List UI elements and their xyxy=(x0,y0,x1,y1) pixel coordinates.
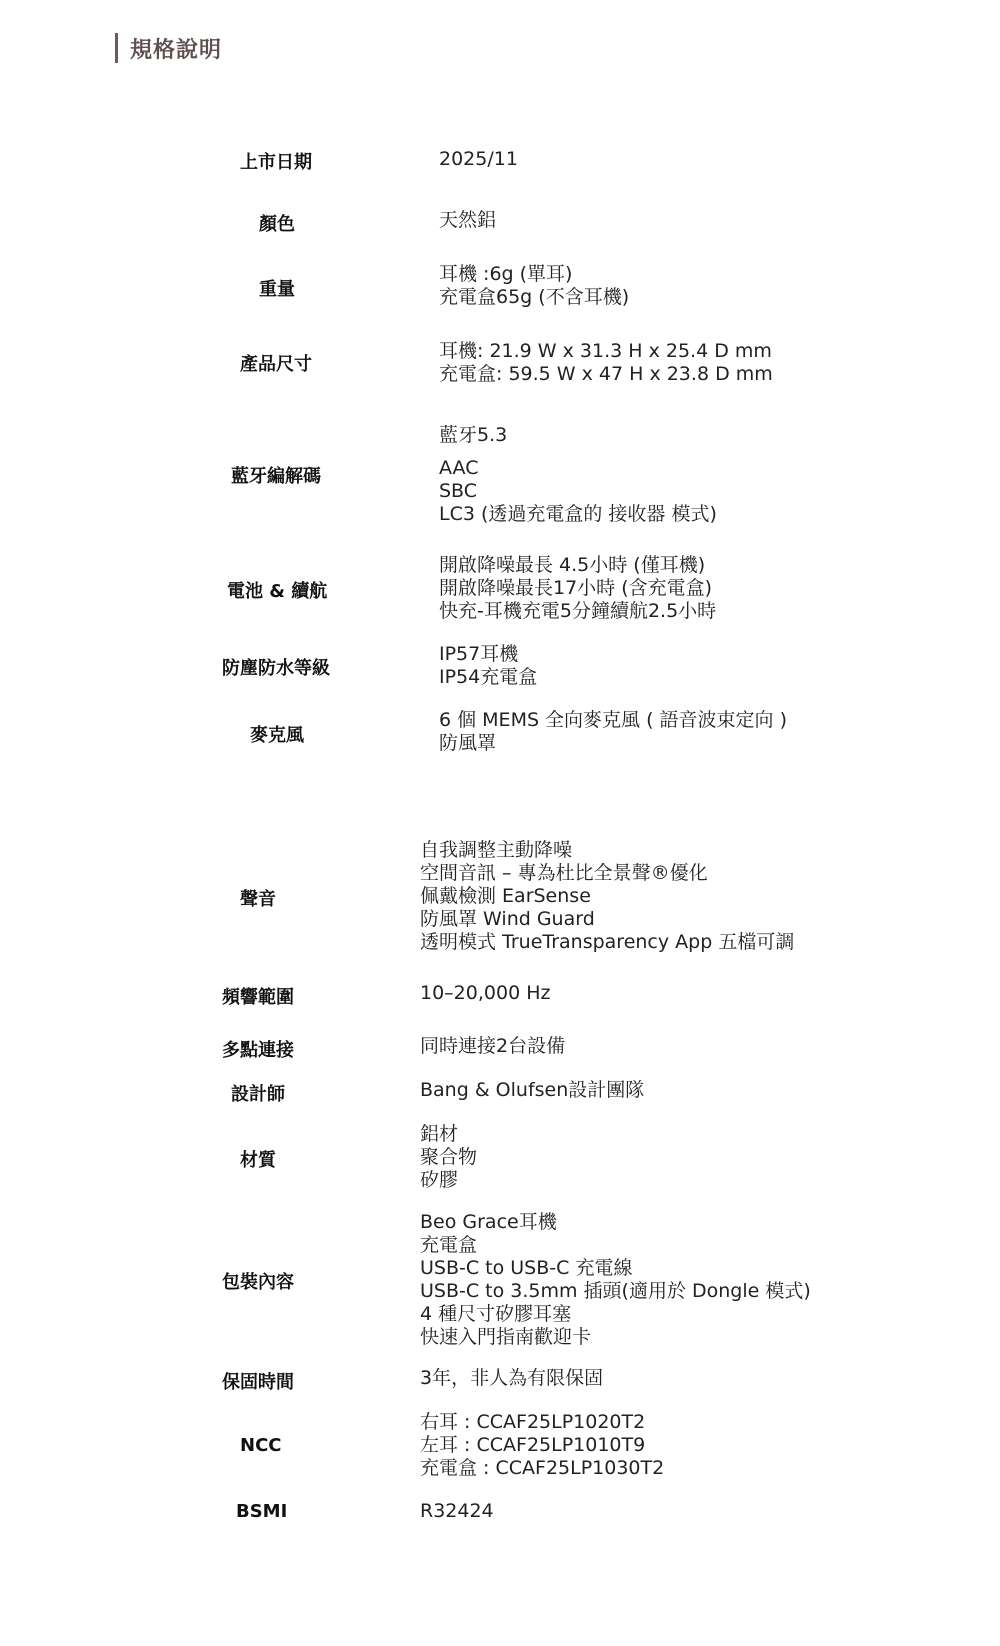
spec-value-dimensions: 耳機: 21.9 W x 31.3 H x 25.4 D mm 充電盒: 59.… xyxy=(439,340,773,386)
spec-value-bluetooth-version: 藍牙5.3 xyxy=(439,424,507,447)
spec-value-weight: 耳機 :6g (單耳) 充電盒65g (不含耳機) xyxy=(439,263,629,309)
section-title-text: 規格說明 xyxy=(130,33,222,64)
spec-label-bluetooth-codec: 藍牙編解碼 xyxy=(231,462,321,488)
spec-value-line: 左耳 : CCAF25LP1010T9 xyxy=(420,1434,664,1457)
spec-value-line: SBC xyxy=(439,480,717,503)
spec-value-line: LC3 (透過充電盒的 接收器 模式) xyxy=(439,503,717,526)
spec-value-line: 防風罩 xyxy=(439,732,787,755)
spec-label-weight: 重量 xyxy=(259,275,295,301)
spec-value-frequency-response: 10–20,000 Hz xyxy=(420,982,550,1005)
spec-label-dimensions: 產品尺寸 xyxy=(240,350,312,376)
spec-value-line: 充電盒 xyxy=(420,1234,811,1257)
spec-value-line: AAC xyxy=(439,457,717,480)
spec-value-material: 鋁材 聚合物 矽膠 xyxy=(420,1123,477,1192)
spec-value-line: 開啟降噪最長17小時 (含充電盒) xyxy=(439,577,716,600)
spec-value-battery: 開啟降噪最長 4.5小時 (僅耳機) 開啟降噪最長17小時 (含充電盒) 快充-… xyxy=(439,554,716,623)
spec-label-ip-rating: 防塵防水等級 xyxy=(222,654,330,680)
spec-value-line: 聚合物 xyxy=(420,1146,477,1169)
spec-value-line: 同時連接2台設備 xyxy=(420,1035,565,1058)
spec-value-line: 快充-耳機充電5分鐘續航2.5小時 xyxy=(439,600,716,623)
spec-value-line: 矽膠 xyxy=(420,1169,477,1192)
spec-value-line: 充電盒65g (不含耳機) xyxy=(439,286,629,309)
spec-value-line: 透明模式 TrueTransparency App 五檔可調 xyxy=(420,931,794,954)
spec-value-line: 10–20,000 Hz xyxy=(420,982,550,1005)
spec-value-line: 充電盒: 59.5 W x 47 H x 23.8 D mm xyxy=(439,363,773,386)
spec-label-package-contents: 包裝內容 xyxy=(222,1268,294,1294)
spec-value-ncc: 右耳 : CCAF25LP1020T2 左耳 : CCAF25LP1010T9 … xyxy=(420,1411,664,1480)
spec-value-bluetooth-codec: AAC SBC LC3 (透過充電盒的 接收器 模式) xyxy=(439,457,717,526)
spec-label-designer: 設計師 xyxy=(231,1080,285,1106)
spec-value-line: 6 個 MEMS 全向麥克風 ( 語音波束定向 ) xyxy=(439,709,787,732)
spec-value-package-contents: Beo Grace耳機 充電盒 USB-C to USB-C 充電線 USB-C… xyxy=(420,1211,811,1349)
spec-label-microphone: 麥克風 xyxy=(250,721,304,747)
spec-label-release-date: 上市日期 xyxy=(240,148,312,174)
spec-value-line: R32424 xyxy=(420,1500,494,1523)
spec-label-material: 材質 xyxy=(240,1146,276,1172)
spec-label-multipoint: 多點連接 xyxy=(222,1036,294,1062)
spec-value-microphone: 6 個 MEMS 全向麥克風 ( 語音波束定向 ) 防風罩 xyxy=(439,709,787,755)
spec-value-line: 3年，非人為有限保固 xyxy=(420,1367,603,1390)
spec-value-line: 充電盒 : CCAF25LP1030T2 xyxy=(420,1457,664,1480)
spec-value-line: 4 種尺寸矽膠耳塞 xyxy=(420,1303,811,1326)
spec-value-bsmi: R32424 xyxy=(420,1500,494,1523)
spec-value-color: 天然鋁 xyxy=(439,209,496,232)
spec-label-warranty: 保固時間 xyxy=(222,1368,294,1394)
spec-value-line: 天然鋁 xyxy=(439,209,496,232)
spec-value-line: USB-C to USB-C 充電線 xyxy=(420,1257,811,1280)
spec-value-line: IP57耳機 xyxy=(439,643,537,666)
spec-label-ncc: NCC xyxy=(240,1435,281,1456)
spec-value-line: 開啟降噪最長 4.5小時 (僅耳機) xyxy=(439,554,716,577)
spec-label-sound: 聲音 xyxy=(240,885,276,911)
spec-value-sound: 自我調整主動降噪 空間音訊 – 專為杜比全景聲®優化 佩戴檢測 EarSense… xyxy=(420,839,794,954)
spec-value-line: 自我調整主動降噪 xyxy=(420,839,794,862)
spec-value-line: USB-C to 3.5mm 插頭(適用於 Dongle 模式) xyxy=(420,1280,811,1303)
spec-value-ip-rating: IP57耳機 IP54充電盒 xyxy=(439,643,537,689)
spec-value-line: 耳機 :6g (單耳) xyxy=(439,263,629,286)
title-accent-bar xyxy=(115,33,118,63)
spec-value-line: 快速入門指南歡迎卡 xyxy=(420,1326,811,1349)
spec-value-multipoint: 同時連接2台設備 xyxy=(420,1035,565,1058)
spec-value-line: 2025/11 xyxy=(439,148,518,171)
spec-value-line: 耳機: 21.9 W x 31.3 H x 25.4 D mm xyxy=(439,340,773,363)
section-title: 規格說明 xyxy=(115,32,222,64)
spec-value-line: IP54充電盒 xyxy=(439,666,537,689)
spec-value-designer: Bang & Olufsen設計團隊 xyxy=(420,1079,644,1102)
spec-value-warranty: 3年，非人為有限保固 xyxy=(420,1367,603,1390)
spec-value-line: 佩戴檢測 EarSense xyxy=(420,885,794,908)
spec-label-color: 顏色 xyxy=(259,210,295,236)
spec-value-line: 藍牙5.3 xyxy=(439,424,507,447)
spec-value-line: 防風罩 Wind Guard xyxy=(420,908,794,931)
spec-value-line: 右耳 : CCAF25LP1020T2 xyxy=(420,1411,664,1434)
spec-label-frequency-response: 頻響範圍 xyxy=(222,983,294,1009)
spec-label-battery: 電池 & 續航 xyxy=(227,577,327,603)
spec-value-line: 鋁材 xyxy=(420,1123,477,1146)
spec-value-line: Bang & Olufsen設計團隊 xyxy=(420,1079,644,1102)
spec-value-line: Beo Grace耳機 xyxy=(420,1211,811,1234)
spec-label-bsmi: BSMI xyxy=(236,1501,287,1522)
spec-value-line: 空間音訊 – 專為杜比全景聲®優化 xyxy=(420,862,794,885)
spec-value-release-date: 2025/11 xyxy=(439,148,518,171)
